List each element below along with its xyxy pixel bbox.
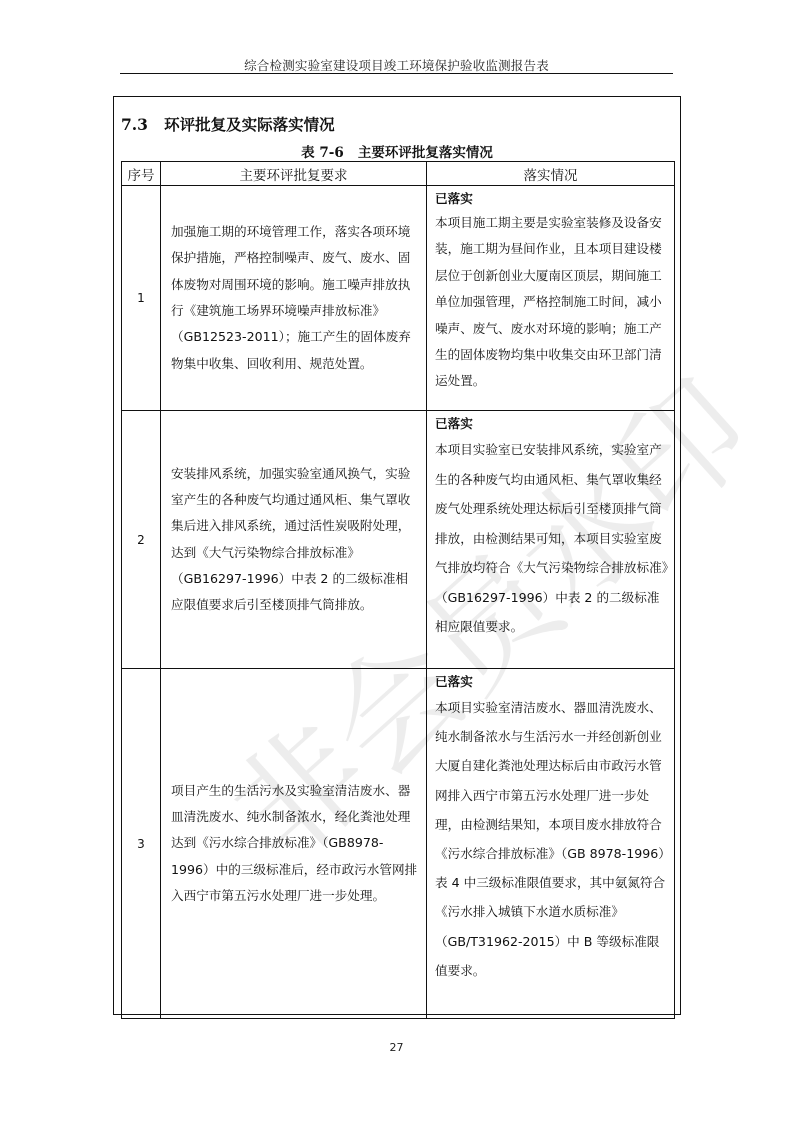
- requirement-cell: 项目产生的生活污水及实验室清洁废水、器皿清洗废水、纯水制备浓水，经化粪池处理达到…: [161, 669, 427, 1019]
- implementation-cell: 已落实 本项目实验室已安装排风系统，实验室产生的各种废气均由通风柜、集气罩收集经…: [427, 411, 675, 669]
- status-label: 已落实: [435, 188, 670, 210]
- header-divider: [120, 73, 673, 74]
- page-header: 综合检测实验室建设项目竣工环境保护验收监测报告表: [120, 56, 673, 74]
- table-caption: 表 7-6 主要环评批复落实情况: [121, 141, 673, 161]
- table-row: 3 项目产生的生活污水及实验室清洁废水、器皿清洗废水、纯水制备浓水，经化粪池处理…: [122, 669, 675, 1019]
- row-number: 1: [122, 186, 161, 411]
- implementation-cell: 已落实 本项目施工期主要是实验室装修及设备安装，施工期为昼间作业，且本项目建设楼…: [427, 186, 675, 411]
- implementation-text: 本项目实验室清洁废水、器皿清洗废水、纯水制备浓水与生活污水一并经创新创业大厦自建…: [435, 693, 670, 985]
- implementation-text: 本项目施工期主要是实验室装修及设备安装，施工期为昼间作业，且本项目建设楼层位于创…: [435, 210, 670, 395]
- column-header-no: 序号: [122, 162, 161, 186]
- requirement-cell: 安装排风系统，加强实验室通风换气，实验室产生的各种废气均通过通风柜、集气罩收集后…: [161, 411, 427, 669]
- implementation-text: 本项目实验室已安装排风系统，实验室产生的各种废气均由通风柜、集气罩收集经废气处理…: [435, 435, 670, 642]
- status-label: 已落实: [435, 671, 670, 693]
- section-title: 7.3 环评批复及实际落实情况: [121, 113, 335, 135]
- page-number: 27: [0, 1041, 793, 1054]
- table-row: 1 加强施工期的环境管理工作，落实各项环境保护措施，严格控制噪声、废气、废水、固…: [122, 186, 675, 411]
- implementation-cell: 已落实 本项目实验室清洁废水、器皿清洗废水、纯水制备浓水与生活污水一并经创新创业…: [427, 669, 675, 1019]
- row-number: 2: [122, 411, 161, 669]
- column-header-implementation: 落实情况: [427, 162, 675, 186]
- status-label: 已落实: [435, 413, 670, 435]
- row-number: 3: [122, 669, 161, 1019]
- requirement-cell: 加强施工期的环境管理工作，落实各项环境保护措施，严格控制噪声、废气、废水、固体废…: [161, 186, 427, 411]
- table-header-row: 序号 主要环评批复要求 落实情况: [122, 162, 675, 186]
- column-header-requirement: 主要环评批复要求: [161, 162, 427, 186]
- approval-implementation-table: 序号 主要环评批复要求 落实情况 1 加强施工期的环境管理工作，落实各项环境保护…: [121, 161, 675, 1019]
- table-row: 2 安装排风系统，加强实验室通风换气，实验室产生的各种废气均通过通风柜、集气罩收…: [122, 411, 675, 669]
